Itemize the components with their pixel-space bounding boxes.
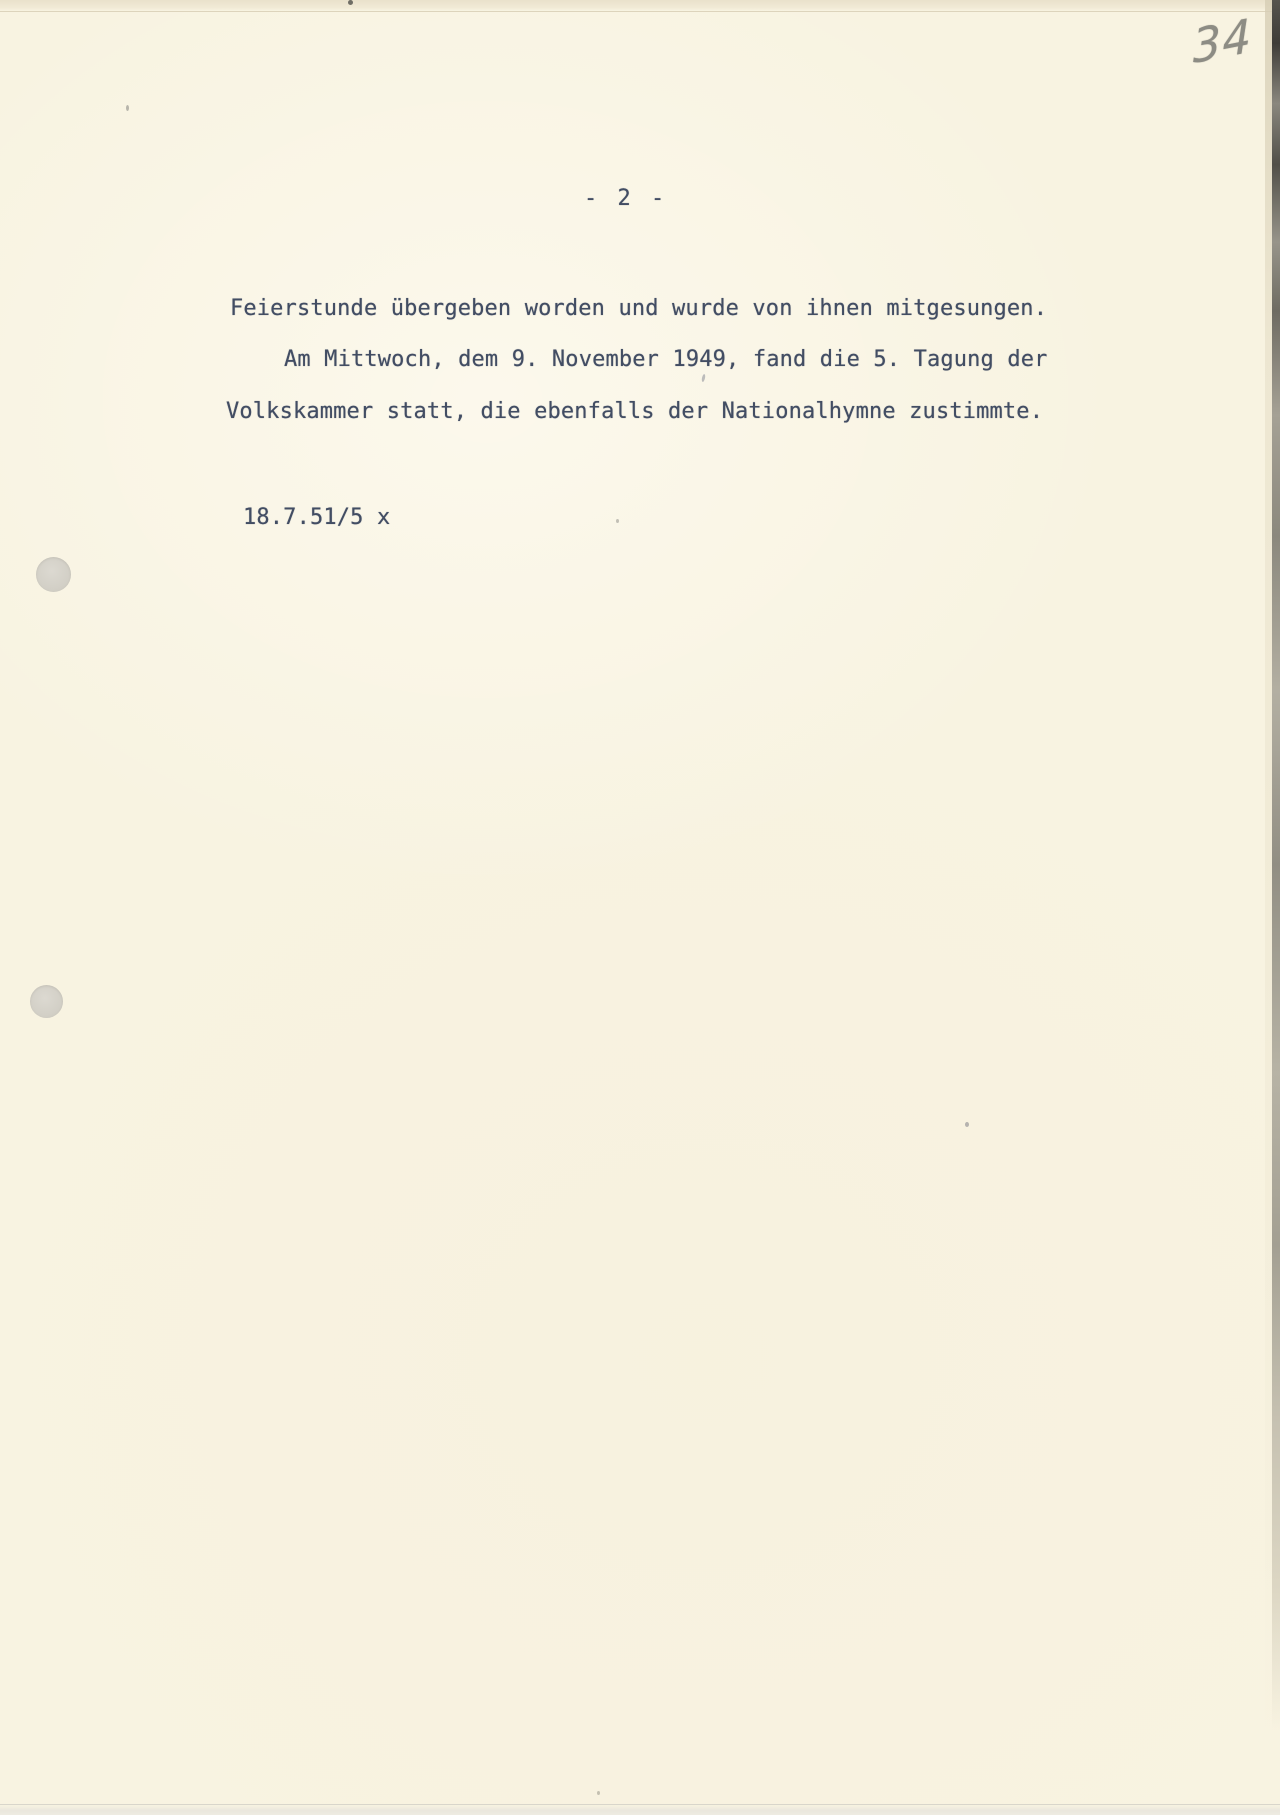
page-top-edge (0, 0, 1280, 12)
page-number: - 2 - (584, 186, 668, 211)
paper-speck (701, 374, 706, 382)
paper-speck (126, 105, 129, 111)
page-right-edge (1272, 0, 1280, 1730)
body-text-line-3: Volkskammer statt, die ebenfalls der Nat… (226, 399, 1043, 424)
handwritten-folio-number: 34 (1192, 8, 1253, 74)
paper-speck (348, 0, 353, 5)
date-reference-note: 18.7.51/5 x (243, 505, 390, 530)
body-text-line-1: Feierstunde übergeben worden und wurde v… (230, 296, 1047, 321)
scanned-document-page: 34 - 2 - Feierstunde übergeben worden un… (0, 0, 1280, 1815)
page-bottom-edge (0, 1804, 1280, 1815)
page-right-edge-shadow (1265, 0, 1272, 1730)
hole-punch-top (36, 557, 71, 592)
paper-speck (597, 1791, 600, 1795)
hole-punch-bottom (30, 985, 63, 1018)
body-text-line-2: Am Mittwoch, dem 9. November 1949, fand … (284, 347, 1048, 372)
paper-speck (965, 1122, 969, 1127)
paper-speck (616, 519, 619, 523)
